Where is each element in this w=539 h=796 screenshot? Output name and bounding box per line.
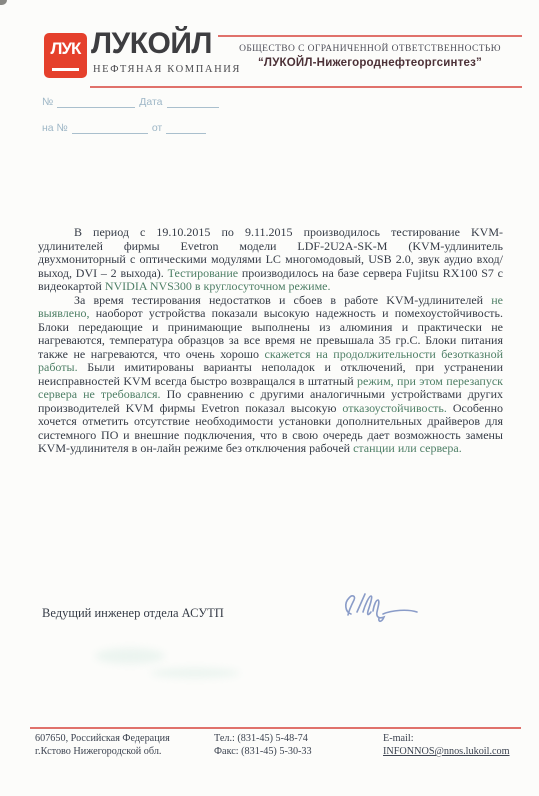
footer-address-line1: 607650, Российская Федерация xyxy=(35,732,170,745)
footer-address: 607650, Российская Федерация г.Кстово Ни… xyxy=(35,732,170,758)
footer-email-label: E-mail: xyxy=(383,733,414,744)
body-text-segment: За время тестирования недостатков и сбое… xyxy=(74,293,491,307)
ref-reply-label: на № xyxy=(42,122,68,134)
lukoil-logo-monogram: ЛУК xyxy=(44,39,87,59)
ref-from-blank xyxy=(166,123,206,134)
handwritten-signature xyxy=(338,590,420,633)
body-paragraph-1: В период с 19.10.2015 по 9.11.2015 произ… xyxy=(38,226,503,294)
signature-ink-icon xyxy=(338,590,420,628)
scan-smudge xyxy=(95,648,165,664)
lukoil-logo-bar xyxy=(52,68,79,71)
header-rule-top xyxy=(218,35,522,37)
lukoil-logo-icon: ЛУК xyxy=(44,33,87,78)
brand-title: ЛУКОЙЛ xyxy=(91,27,212,61)
body-text-segment: NVIDIA NVS300 в круглосуточном режиме. xyxy=(105,279,331,293)
scan-artifact xyxy=(0,0,7,5)
header-rule-bottom xyxy=(90,86,522,88)
ref-number-blank xyxy=(57,97,135,108)
ref-from-label: от xyxy=(152,122,162,134)
body-paragraph-2: За время тестирования недостатков и сбое… xyxy=(38,294,503,456)
footer-address-line2: г.Кстово Нижегородской обл. xyxy=(35,745,170,758)
ref-number-label: № xyxy=(42,96,53,108)
org-type: ОБЩЕСТВО С ОГРАНИЧЕННОЙ ОТВЕТСТВЕННОСТЬЮ xyxy=(218,44,522,54)
org-name: “ЛУКОЙЛ-Нижегороднефтеоргсинтез” xyxy=(218,57,522,69)
ref-date-label: Дата xyxy=(139,96,162,108)
signature-title: Ведущий инженер отдела АСУТП xyxy=(42,606,224,621)
ref-row-reply: на №от xyxy=(42,122,210,134)
footer-email-link[interactable]: INFONNOS@nnos.lukoil.com xyxy=(383,746,510,757)
footer-email: E-mail: INFONNOS@nnos.lukoil.com xyxy=(383,732,539,758)
body-text-segment: отказоустойчивость. xyxy=(342,401,447,415)
footer-fax: Факс: (831-45) 5-30-33 xyxy=(214,745,312,758)
ref-row-number-date: №Дата xyxy=(42,96,223,108)
letter-body: В период с 19.10.2015 по 9.11.2015 произ… xyxy=(38,226,503,456)
body-text-segment: Тестирование xyxy=(168,266,239,280)
footer-phones: Тел.: (831-45) 5-48-74 Факс: (831-45) 5-… xyxy=(214,732,312,758)
footer-rule xyxy=(30,727,521,729)
scanned-letter-page: ЛУК ЛУКОЙЛ НЕФТЯНАЯ КОМПАНИЯ ОБЩЕСТВО С … xyxy=(0,0,539,796)
org-block: ОБЩЕСТВО С ОГРАНИЧЕННОЙ ОТВЕТСТВЕННОСТЬЮ… xyxy=(218,44,522,69)
footer-phone: Тел.: (831-45) 5-48-74 xyxy=(214,732,312,745)
scan-smudge xyxy=(150,668,240,678)
ref-reply-blank xyxy=(72,123,148,134)
ref-date-blank xyxy=(167,97,219,108)
body-text-segment: станции или сервера. xyxy=(353,441,462,455)
